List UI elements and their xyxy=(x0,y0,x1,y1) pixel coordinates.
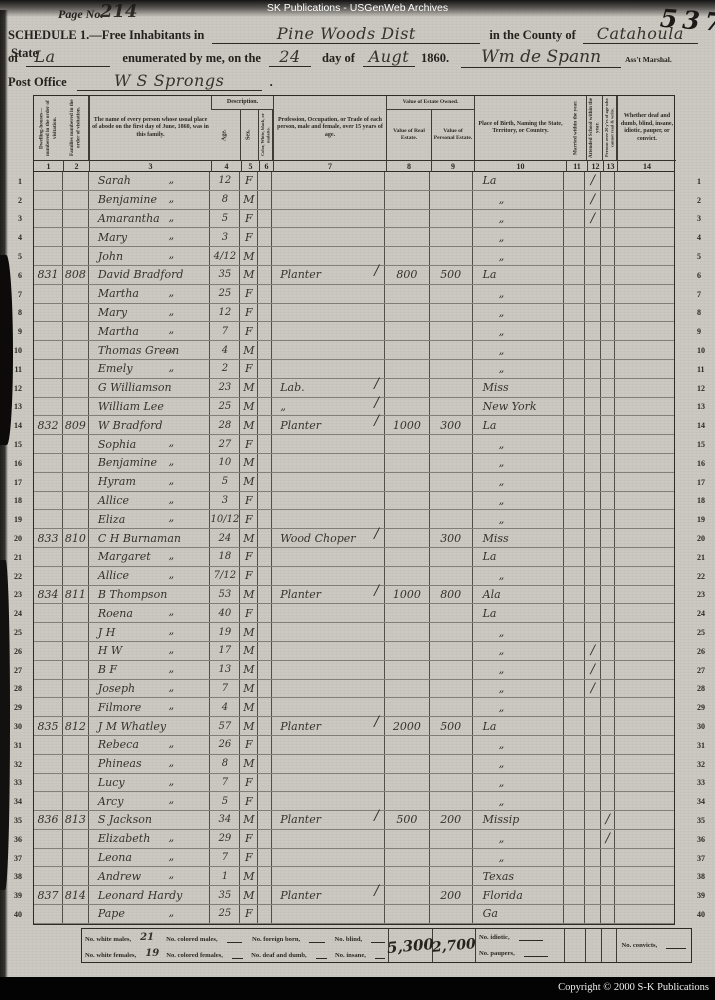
cell-cannot-read-write xyxy=(601,510,615,528)
cell-family-number xyxy=(63,191,89,209)
cell-family-number xyxy=(63,210,89,228)
cell-cannot-read-write xyxy=(601,567,615,585)
cell-attended-school xyxy=(585,886,601,904)
cell-age: 35 xyxy=(210,266,240,284)
cell-sex: M xyxy=(240,680,258,698)
row-number: 26 xyxy=(697,642,713,661)
cell-occupation xyxy=(272,905,385,923)
table-row: Mary„12F„ xyxy=(34,304,674,323)
publisher-watermark: SK Publications - USGenWeb Archives xyxy=(0,2,715,14)
cell-remarks xyxy=(615,661,674,679)
col3-header: The name of every person whose usual pla… xyxy=(89,96,211,160)
cell-age: 2 xyxy=(210,360,240,378)
person-name: S Jackson xyxy=(98,813,152,826)
cell-sex: M xyxy=(240,698,258,716)
cell-remarks xyxy=(615,642,674,660)
ditto-mark: „ xyxy=(168,643,174,656)
cell-remarks xyxy=(615,191,674,209)
column-number: 10 xyxy=(474,160,566,172)
cell-real-estate-value xyxy=(385,247,430,265)
cell-remarks xyxy=(615,435,674,453)
row-number: 34 xyxy=(697,792,713,811)
cell-remarks xyxy=(615,586,674,604)
colored-males-label: No. colored males, xyxy=(166,936,218,943)
cell-remarks xyxy=(615,604,674,622)
cell-attended-school: / xyxy=(585,661,601,679)
cell-name: G Williamson xyxy=(89,379,211,397)
cell-occupation xyxy=(272,322,385,340)
row-number: 16 xyxy=(6,454,22,473)
col7-header: Profession, Occupation, or Trade of each… xyxy=(273,96,386,160)
cell-dwelling-number xyxy=(34,830,63,848)
cell-sex: F xyxy=(240,322,258,340)
personal-estate-total: 2,700 xyxy=(431,936,476,956)
cell-age: 12 xyxy=(210,304,240,322)
row-number: 4 xyxy=(697,228,713,247)
cell-remarks xyxy=(615,774,674,792)
cell-birthplace: „ xyxy=(473,285,565,303)
cell-age: 1 xyxy=(210,867,240,885)
cell-birthplace: La xyxy=(473,717,565,735)
white-males-count: 21 xyxy=(140,932,154,943)
deaf-dumb-label: No. deaf and dumb, xyxy=(251,952,307,959)
cell-attended-school xyxy=(585,849,601,867)
cell-attended-school xyxy=(585,379,601,397)
cell-real-estate-value xyxy=(385,285,430,303)
cell-married-in-year xyxy=(564,304,585,322)
cell-age: 40 xyxy=(210,604,240,622)
cell-birthplace: „ xyxy=(473,642,565,660)
col13-header: Persons over 20 y'rs of age who cannot r… xyxy=(603,96,617,160)
cell-color xyxy=(258,304,272,322)
cell-birthplace: La xyxy=(473,416,565,434)
cell-attended-school xyxy=(585,905,601,923)
cell-sex: M xyxy=(240,341,258,359)
cell-age: 25 xyxy=(210,285,240,303)
person-name: Emely xyxy=(98,362,133,375)
cell-occupation xyxy=(272,830,385,848)
cell-attended-school xyxy=(585,548,601,566)
cell-real-estate-value: 500 xyxy=(385,811,430,829)
ditto-mark: „ xyxy=(168,286,174,299)
cell-birthplace: Miss xyxy=(473,379,565,397)
cell-dwelling-number xyxy=(34,247,63,265)
cell-occupation xyxy=(272,191,385,209)
row-number: 10 xyxy=(697,341,713,360)
table-row: Allice„7/12F„ xyxy=(34,567,674,586)
cell-age: 4 xyxy=(210,698,240,716)
cell-sex: M xyxy=(240,454,258,472)
cell-occupation xyxy=(272,661,385,679)
cell-dwelling-number xyxy=(34,454,63,472)
cell-color xyxy=(258,266,272,284)
cell-real-estate-value xyxy=(385,172,430,190)
cell-color xyxy=(258,360,272,378)
table-row: Elizabeth„29F„/ xyxy=(34,830,674,849)
cell-color xyxy=(258,811,272,829)
cell-birthplace: Ala xyxy=(473,586,565,604)
cell-family-number xyxy=(63,435,89,453)
cell-dwelling-number xyxy=(34,341,63,359)
cell-age: 23 xyxy=(210,379,240,397)
cell-birthplace: Texas xyxy=(473,867,565,885)
cell-married-in-year xyxy=(564,379,585,397)
enumerated-label: enumerated by me, on the xyxy=(122,51,261,65)
cell-sex: M xyxy=(240,416,258,434)
cell-name: Emely„ xyxy=(89,360,211,378)
cell-cannot-read-write xyxy=(601,416,615,434)
cell-dwelling-number xyxy=(34,567,63,585)
table-row: Benjamine„10M„ xyxy=(34,454,674,473)
cell-name: Filmore„ xyxy=(89,698,211,716)
cell-personal-estate-value xyxy=(430,774,473,792)
cell-real-estate-value xyxy=(385,642,430,660)
cell-cannot-read-write xyxy=(601,228,615,246)
table-row: G Williamson23MLab./Miss xyxy=(34,379,674,398)
cell-cannot-read-write xyxy=(601,548,615,566)
cell-age: 7 xyxy=(210,322,240,340)
idiotic-label: No. idiotic, xyxy=(479,934,510,941)
cell-birthplace: „ xyxy=(473,322,565,340)
person-name: Margaret xyxy=(98,550,151,563)
cell-occupation xyxy=(272,792,385,810)
cell-personal-estate-value xyxy=(430,360,473,378)
ditto-mark: „ xyxy=(168,305,174,318)
table-row: Thomas Green„4M„ xyxy=(34,341,674,360)
cell-personal-estate-value xyxy=(430,736,473,754)
table-row: Martha„7F„ xyxy=(34,322,674,341)
table-row: 837814Leonard Hardy35MPlanter/200Florida xyxy=(34,886,674,905)
cell-attended-school xyxy=(585,774,601,792)
cell-family-number xyxy=(63,304,89,322)
cell-birthplace: La xyxy=(473,604,565,622)
cell-age: 53 xyxy=(210,586,240,604)
cell-family-number xyxy=(63,548,89,566)
cell-color xyxy=(258,341,272,359)
cell-sex: M xyxy=(240,398,258,416)
cell-married-in-year xyxy=(564,604,585,622)
cell-name: Mary„ xyxy=(89,304,211,322)
ditto-mark: „ xyxy=(168,436,174,449)
cell-color xyxy=(258,830,272,848)
cell-personal-estate-value xyxy=(430,548,473,566)
cell-remarks xyxy=(615,322,674,340)
cell-married-in-year xyxy=(564,830,585,848)
real-estate-total: 5,300 xyxy=(386,934,434,956)
cell-married-in-year xyxy=(564,755,585,773)
cell-attended-school: / xyxy=(585,210,601,228)
cell-personal-estate-value xyxy=(430,379,473,397)
cell-dwelling-number xyxy=(34,435,63,453)
row-number: 33 xyxy=(697,774,713,793)
cell-sex: M xyxy=(240,379,258,397)
cell-name: Mary„ xyxy=(89,228,211,246)
table-row: Benjamine„8M„/ xyxy=(34,191,674,210)
ditto-mark: „ xyxy=(168,775,174,788)
cell-sex: M xyxy=(240,623,258,641)
row-number: 21 xyxy=(6,548,22,567)
cell-color xyxy=(258,792,272,810)
row-number: 5 xyxy=(697,247,713,266)
cell-married-in-year xyxy=(564,341,585,359)
white-females-count: 19 xyxy=(145,948,159,959)
row-number: 40 xyxy=(6,905,22,924)
cell-real-estate-value xyxy=(385,360,430,378)
cell-dwelling-number xyxy=(34,210,63,228)
post-office-line: Post Office W S Sprongs . xyxy=(8,71,708,95)
cell-occupation xyxy=(272,567,385,585)
person-name: John xyxy=(98,250,123,263)
ditto-mark: „ xyxy=(168,173,174,186)
person-name: Sarah xyxy=(98,174,131,187)
cell-occupation xyxy=(272,435,385,453)
cell-family-number xyxy=(63,867,89,885)
cell-remarks xyxy=(615,285,674,303)
ditto-mark: „ xyxy=(168,248,174,261)
cell-occupation xyxy=(272,698,385,716)
cell-real-estate-value xyxy=(385,886,430,904)
cell-sex: M xyxy=(240,811,258,829)
cell-remarks xyxy=(615,849,674,867)
cell-color xyxy=(258,322,272,340)
cell-attended-school xyxy=(585,529,601,547)
row-number: 32 xyxy=(697,755,713,774)
table-row: Joseph„7M„/ xyxy=(34,680,674,699)
cell-personal-estate-value xyxy=(430,905,473,923)
cell-married-in-year xyxy=(564,867,585,885)
table-row: 836813S Jackson34MPlanter/500200Missip/ xyxy=(34,811,674,830)
cell-real-estate-value: 800 xyxy=(385,266,430,284)
cell-occupation xyxy=(272,642,385,660)
cell-married-in-year xyxy=(564,210,585,228)
cell-personal-estate-value xyxy=(430,247,473,265)
cell-married-in-year xyxy=(564,548,585,566)
cell-age: 3 xyxy=(210,228,240,246)
cell-cannot-read-write xyxy=(601,886,615,904)
ditto-mark: „ xyxy=(168,793,174,806)
cell-family-number xyxy=(63,849,89,867)
cell-real-estate-value xyxy=(385,774,430,792)
ditto-mark: „ xyxy=(168,493,174,506)
cell-sex: M xyxy=(240,642,258,660)
cell-dwelling-number xyxy=(34,623,63,641)
cell-color xyxy=(258,867,272,885)
cell-birthplace: „ xyxy=(473,510,565,528)
cell-name: Benjamine„ xyxy=(89,191,211,209)
ditto-mark: „ xyxy=(168,831,174,844)
totals-narrow-cell xyxy=(565,929,586,962)
cell-personal-estate-value: 200 xyxy=(430,811,473,829)
cell-attended-school xyxy=(585,623,601,641)
ditto-mark: „ xyxy=(168,455,174,468)
cell-married-in-year xyxy=(564,435,585,453)
cell-real-estate-value xyxy=(385,435,430,453)
table-row: Roena„40FLa xyxy=(34,604,674,623)
cell-birthplace: „ xyxy=(473,341,565,359)
person-name: G Williamson xyxy=(98,381,172,394)
cell-family-number xyxy=(63,285,89,303)
row-number: 8 xyxy=(697,304,713,323)
cell-name: Pape„ xyxy=(89,905,211,923)
cell-birthplace: „ xyxy=(473,755,565,773)
cell-cannot-read-write xyxy=(601,435,615,453)
row-number: 11 xyxy=(697,360,713,379)
tally-mark: / xyxy=(374,413,379,429)
cell-dwelling-number xyxy=(34,398,63,416)
cell-name: Amarantha„ xyxy=(89,210,211,228)
cell-remarks xyxy=(615,454,674,472)
cell-cannot-read-write xyxy=(601,661,615,679)
cell-occupation: Wood Choper/ xyxy=(272,529,385,547)
row-number: 2 xyxy=(697,191,713,210)
column-number: 8 xyxy=(386,160,431,172)
row-number: 37 xyxy=(697,849,713,868)
cell-color xyxy=(258,736,272,754)
cell-personal-estate-value xyxy=(430,661,473,679)
cell-married-in-year xyxy=(564,774,585,792)
cell-dwelling-number xyxy=(34,322,63,340)
cell-birthplace: „ xyxy=(473,830,565,848)
cell-cannot-read-write xyxy=(601,905,615,923)
person-name: Amarantha xyxy=(98,212,160,225)
cell-birthplace: „ xyxy=(473,623,565,641)
occupation-text: „ xyxy=(280,400,286,413)
cell-age: 7 xyxy=(210,774,240,792)
cell-personal-estate-value xyxy=(430,510,473,528)
cell-real-estate-value xyxy=(385,604,430,622)
occupation-text: Planter xyxy=(280,268,321,281)
cell-family-number xyxy=(63,792,89,810)
cell-personal-estate-value: 500 xyxy=(430,717,473,735)
cell-age: 8 xyxy=(210,755,240,773)
cell-cannot-read-write xyxy=(601,642,615,660)
cell-family-number xyxy=(63,698,89,716)
cell-color xyxy=(258,285,272,303)
ditto-mark: „ xyxy=(168,342,174,355)
foreign-born-label: No. foreign born, xyxy=(252,936,300,943)
cell-color xyxy=(258,473,272,491)
cell-birthplace: Miss xyxy=(473,529,565,547)
col1-header: Dwelling-houses— numbered in the order o… xyxy=(34,96,63,160)
cell-remarks xyxy=(615,867,674,885)
cell-color xyxy=(258,416,272,434)
cell-age: 4 xyxy=(210,341,240,359)
cell-birthplace: „ xyxy=(473,360,565,378)
cell-family-number xyxy=(63,360,89,378)
cell-occupation: Planter/ xyxy=(272,717,385,735)
cell-married-in-year xyxy=(564,510,585,528)
row-number: 22 xyxy=(6,567,22,586)
marshal-title: Ass't Marshal. xyxy=(625,55,672,64)
cell-remarks xyxy=(615,755,674,773)
cell-dwelling-number xyxy=(34,360,63,378)
cell-family-number xyxy=(63,774,89,792)
cell-name: Margaret„ xyxy=(89,548,211,566)
cell-age: 10 xyxy=(210,454,240,472)
cell-age: 27 xyxy=(210,435,240,453)
description-group-header: Description. xyxy=(211,96,273,110)
cell-married-in-year xyxy=(564,172,585,190)
row-number: 20 xyxy=(6,529,22,548)
cell-family-number xyxy=(63,341,89,359)
row-number: 17 xyxy=(697,473,713,492)
cell-birthplace: „ xyxy=(473,849,565,867)
cell-family-number: 814 xyxy=(63,886,89,904)
cell-sex: M xyxy=(240,191,258,209)
cell-age: 17 xyxy=(210,642,240,660)
cell-cannot-read-write xyxy=(601,210,615,228)
cell-remarks xyxy=(615,905,674,923)
table-row: Sarah„12FLa/ xyxy=(34,172,674,191)
table-row: J H„19M„ xyxy=(34,623,674,642)
table-row: 834811B Thompson53MPlanter/1000800Ala xyxy=(34,586,674,605)
cell-real-estate-value xyxy=(385,322,430,340)
cell-sex: F xyxy=(240,435,258,453)
person-name: Sophia xyxy=(98,438,136,451)
cell-personal-estate-value xyxy=(430,341,473,359)
cell-family-number: 810 xyxy=(63,529,89,547)
cell-family-number xyxy=(63,905,89,923)
cell-remarks xyxy=(615,567,674,585)
cell-cannot-read-write xyxy=(601,604,615,622)
cell-married-in-year xyxy=(564,792,585,810)
cell-sex: F xyxy=(240,604,258,622)
row-number: 2 xyxy=(6,191,22,210)
cell-age: 34 xyxy=(210,811,240,829)
cell-attended-school xyxy=(585,398,601,416)
cell-name: B F„ xyxy=(89,661,211,679)
cell-personal-estate-value xyxy=(430,454,473,472)
table-row: B F„13M„/ xyxy=(34,661,674,680)
schedule-label: SCHEDULE 1.—Free Inhabitants in xyxy=(8,28,204,42)
cell-personal-estate-value xyxy=(430,191,473,209)
table-row: Phineas„8M„ xyxy=(34,755,674,774)
person-name: Leonard Hardy xyxy=(98,889,183,902)
row-number: 40 xyxy=(697,905,713,924)
cell-personal-estate-value xyxy=(430,680,473,698)
totals-line-1: No. white males, 21 No. colored males, N… xyxy=(85,932,385,943)
cell-age: 25 xyxy=(210,905,240,923)
row-number: 16 xyxy=(697,454,713,473)
cell-occupation: Planter/ xyxy=(272,266,385,284)
ditto-mark: „ xyxy=(168,868,174,881)
column-number: 2 xyxy=(63,160,89,172)
cell-birthplace: „ xyxy=(473,191,565,209)
row-number: 38 xyxy=(697,868,713,887)
cell-family-number xyxy=(63,473,89,491)
cell-occupation xyxy=(272,867,385,885)
occupation-text: Planter xyxy=(280,720,321,733)
cell-family-number xyxy=(63,510,89,528)
cell-name: Allice„ xyxy=(89,492,211,510)
column-number: 3 xyxy=(89,160,211,172)
cell-sex: M xyxy=(240,247,258,265)
cell-sex: M xyxy=(240,755,258,773)
cell-dwelling-number: 834 xyxy=(34,586,63,604)
cell-married-in-year xyxy=(564,191,585,209)
cell-personal-estate-value xyxy=(430,398,473,416)
cell-color xyxy=(258,247,272,265)
table-row: John„4/12M„ xyxy=(34,247,674,266)
cell-occupation: „/ xyxy=(272,398,385,416)
cell-dwelling-number xyxy=(34,792,63,810)
cell-attended-school xyxy=(585,698,601,716)
cell-cannot-read-write xyxy=(601,247,615,265)
row-number: 15 xyxy=(697,435,713,454)
row-number: 14 xyxy=(697,416,713,435)
ditto-mark: „ xyxy=(168,699,174,712)
tally-mark: / xyxy=(374,526,379,542)
